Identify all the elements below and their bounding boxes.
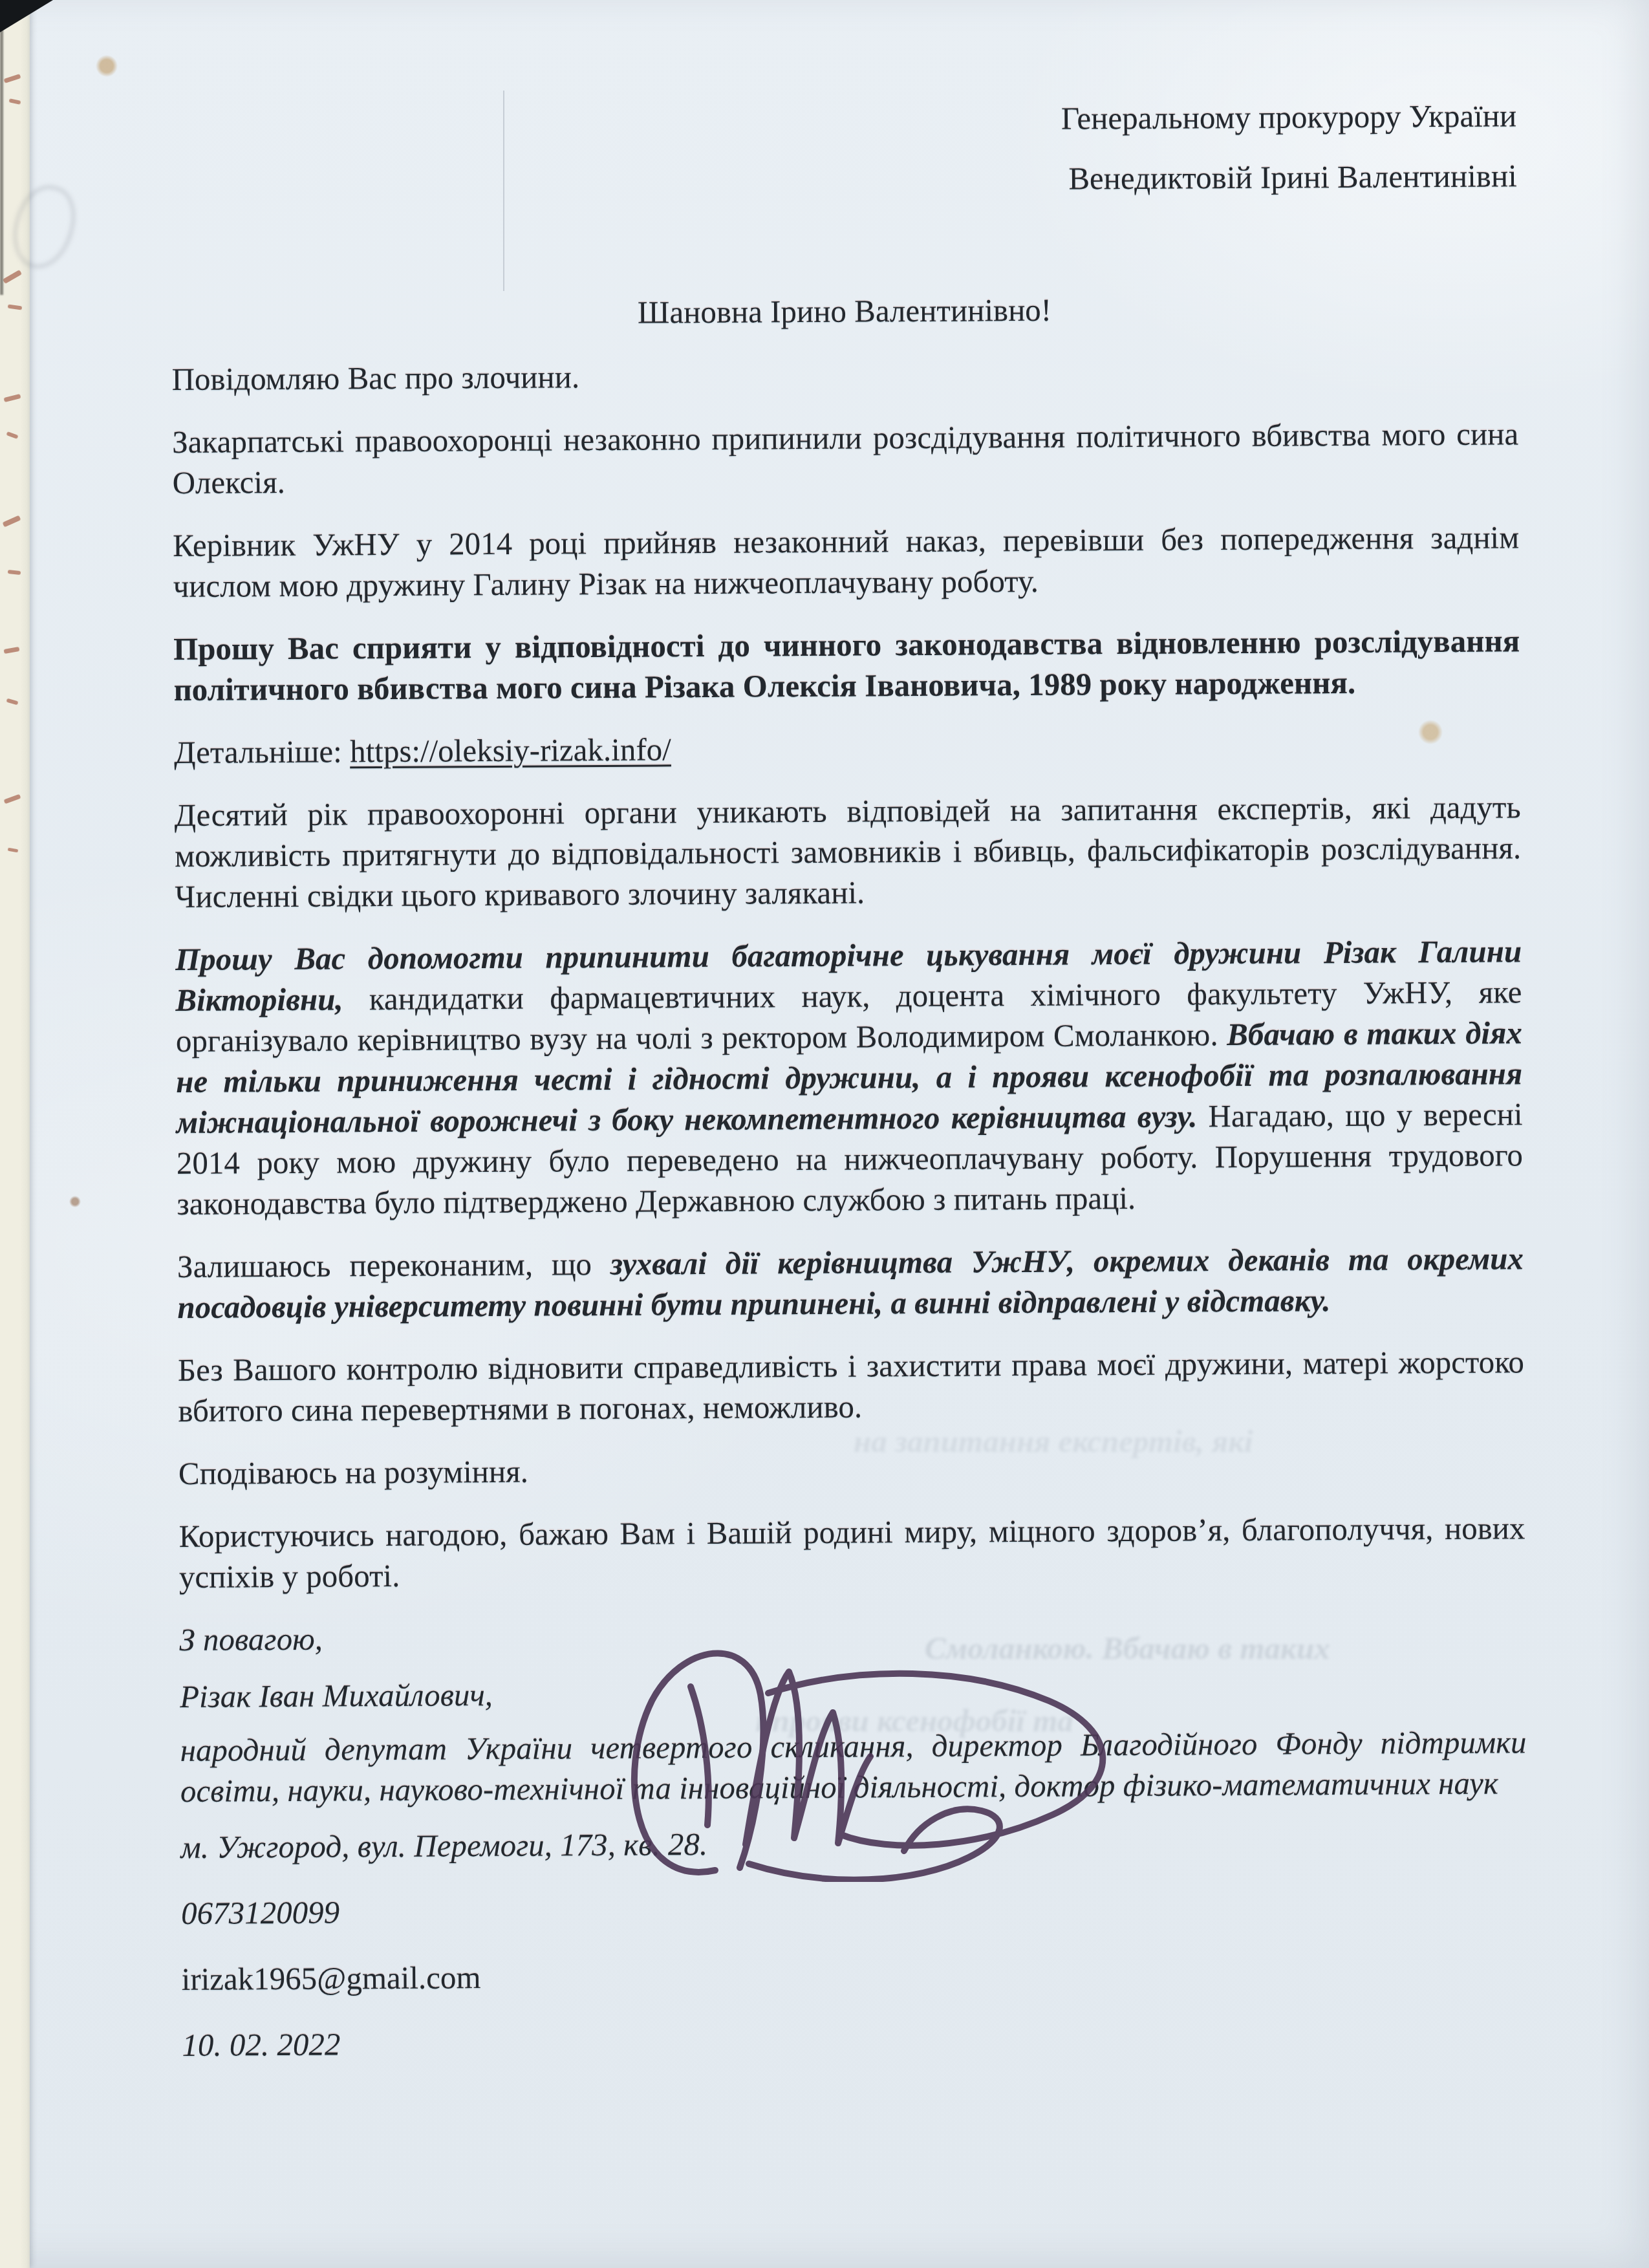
sender-phone: 0673120099 [181,1885,1527,1934]
edge-mark [6,431,19,439]
edge-mark [9,98,21,105]
edge-mark [4,794,21,804]
paragraph-help-stop-harassment: Прошу Вас допомогти припинити багаторічн… [175,931,1524,1224]
paragraph-hope-understanding: Сподіваюсь на розуміння. [178,1445,1525,1494]
salutation: Шановна Ірино Валентинівно! [171,286,1518,336]
paragraph-rector-order: Керівник УжНУ у 2014 році прийняв незако… [173,517,1520,607]
edge-mark [3,270,22,284]
convinced-segment-plain: Залишаюсь переконаним, що [177,1246,610,1284]
details-link[interactable]: https://oleksiy-rizak.info/ [350,731,671,769]
edge-mark [8,304,23,310]
edge-mark [8,848,19,853]
paragraph-wishes: Користуючись нагодою, бажаю Вам і Вашій … [178,1507,1525,1597]
bleed-through-text: Смоланкою. Вбачаю в таких [925,1630,1330,1667]
scan-edge-strip [0,0,30,2268]
sender-email: irizak1965@gmail.com [182,1950,1528,2000]
edge-mark [4,394,21,402]
edge-mark [8,570,21,575]
paragraph-details: Детальніше: https://oleksiy-rizak.info/ [174,724,1520,773]
edge-mark [3,515,21,528]
details-label: Детальніше: [174,733,350,770]
recipient-line: Генеральному прокурору України [170,95,1516,144]
scan-edge-shadow [0,17,3,295]
paragraph-ten-years: Десятий рік правоохоронні органи уникают… [175,786,1522,917]
paragraph-crimes-report: Повідомляю Вас про злочини. [171,351,1518,400]
bleed-through-text: і прояви ксенофобії та [755,1702,1073,1739]
letter-date: 10. 02. 2022 [182,2016,1528,2066]
recipient-line: Венедиктовій Ірині Валентинівні [171,155,1517,204]
paragraph-request-restore-investigation: Прошу Вас сприяти у відповідності до чин… [173,620,1520,710]
paragraph-without-control: Без Вашого контролю відновити справедлив… [178,1341,1525,1431]
bleed-through-text: на запитання експертів, які [854,1423,1253,1460]
paragraph-convinced: Залишаюсь переконаним, що зухвалі дії ке… [177,1238,1524,1328]
edge-mark [6,698,19,706]
edge-mark [4,74,21,83]
paragraph-zakarpattia-police: Закарпатські правоохоронці незаконно при… [172,413,1519,503]
scanned-letter-page: Генеральному прокурору України Венедикто… [0,0,1649,2268]
edge-mark [4,647,20,654]
